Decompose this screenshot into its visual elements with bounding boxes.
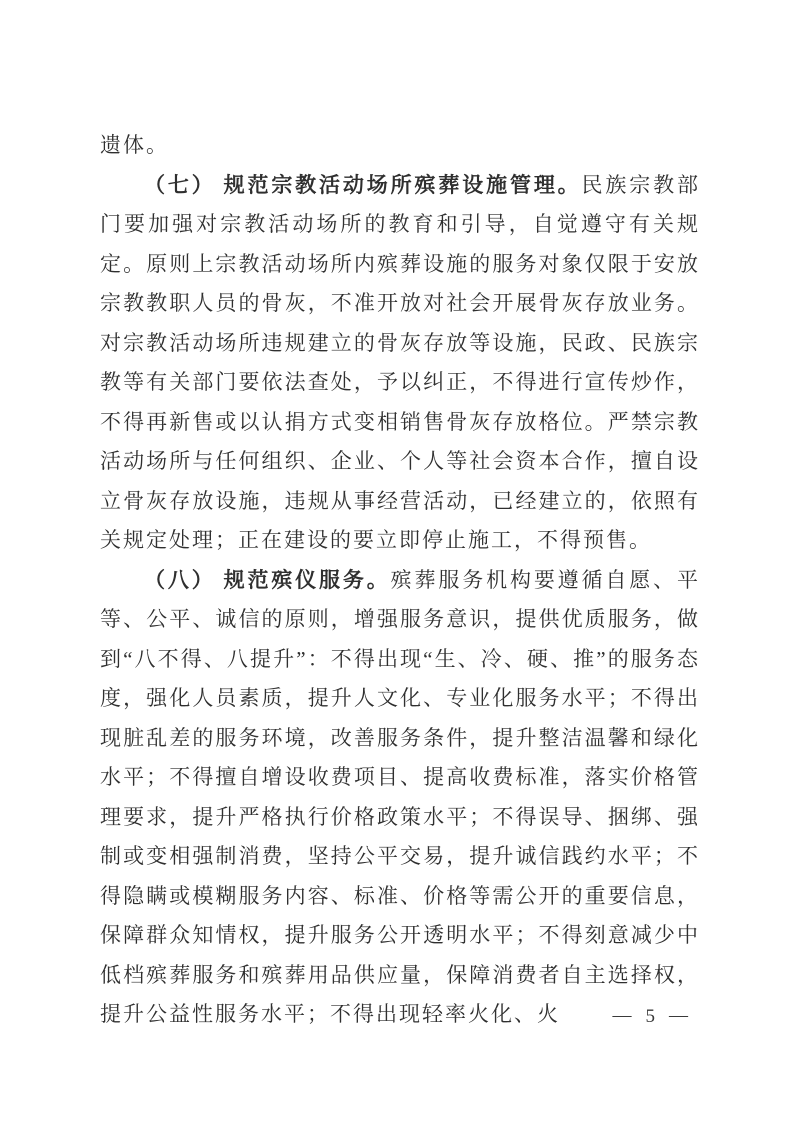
document-page: 遗体。 （七）规范宗教活动场所殡葬设施管理。民族宗教部门要加强对宗教活动场所的教… (0, 0, 800, 1131)
footer-left-dash: — (613, 1005, 632, 1027)
item-7-heading: 规范宗教活动场所殡葬设施管理。 (224, 173, 582, 197)
paragraph-continuation-text: 遗体。 (100, 133, 169, 157)
page-content: 遗体。 （七）规范宗教活动场所殡葬设施管理。民族宗教部门要加强对宗教活动场所的教… (100, 126, 700, 1035)
paragraph-continuation: 遗体。 (100, 126, 700, 166)
paragraph-item-8: （八）规范殡仪服务。殡葬服务机构要遵循自愿、平等、公平、诚信的原则，增强服务意识… (100, 561, 700, 1035)
item-7-body: 民族宗教部门要加强对宗教活动场所的教育和引导，自觉遵守有关规定。原则上宗教活动场… (100, 173, 700, 553)
item-7-label: （七） (144, 173, 216, 197)
item-8-label: （八） (144, 568, 216, 592)
page-number: 5 (646, 1006, 656, 1028)
footer-right-dash: — (669, 1005, 688, 1027)
paragraph-item-7: （七）规范宗教活动场所殡葬设施管理。民族宗教部门要加强对宗教活动场所的教育和引导… (100, 166, 700, 561)
page-footer: — 5 — (613, 1006, 689, 1028)
item-8-heading: 规范殡仪服务。 (224, 568, 391, 592)
item-8-body: 殡葬服务机构要遵循自愿、平等、公平、诚信的原则，增强服务意识，提供优质服务，做到… (100, 568, 700, 1027)
